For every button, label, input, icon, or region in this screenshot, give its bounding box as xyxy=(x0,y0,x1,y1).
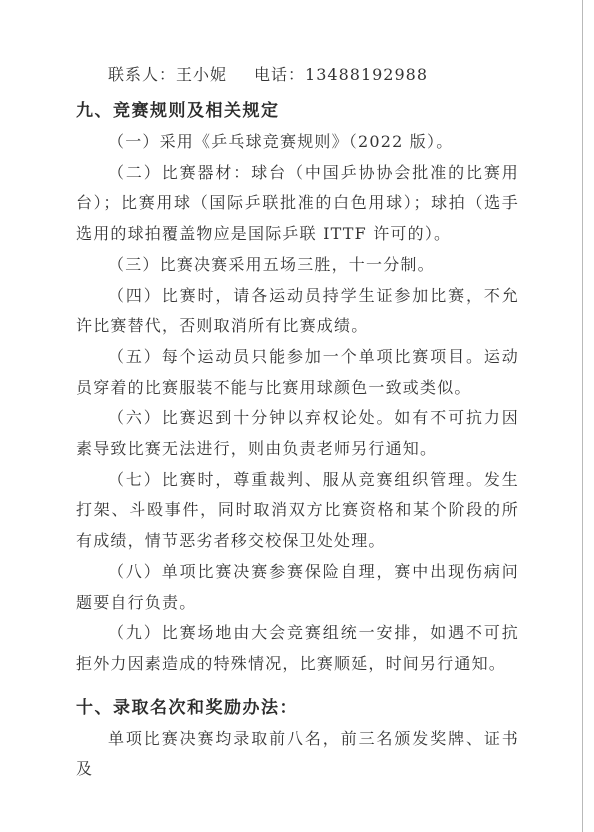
awards-paragraph-1: 单项比赛决赛均录取前八名，前三名颁发奖牌、证书及 xyxy=(76,724,519,785)
rule-paragraph-5: （五）每个运动员只能参加一个单项比赛项目。运动员穿着的比赛服装不能与比赛用球颜色… xyxy=(76,342,519,403)
rule-paragraph-9: （九）比赛场地由大会竞赛组统一安排，如遇不可抗拒外力因素造成的特殊情况，比赛顺延… xyxy=(76,618,519,679)
rule-paragraph-2: （二）比赛器材：球台（中国乒协协会批准的比赛用台）；比赛用球（国际乒联批准的白色… xyxy=(76,158,519,250)
document-page: 联系人：王小妮电话：13488192988 九、竞赛规则及相关规定 （一）采用《… xyxy=(0,0,594,832)
phone-label: 电话： xyxy=(254,65,305,84)
document-content: 联系人：王小妮电话：13488192988 九、竞赛规则及相关规定 （一）采用《… xyxy=(76,60,519,785)
rule-paragraph-3: （三）比赛决赛采用五场三胜，十一分制。 xyxy=(76,250,519,281)
rule-paragraph-1: （一）采用《乒乓球竞赛规则》（2022 版）。 xyxy=(76,127,519,158)
rule-paragraph-4: （四）比赛时，请各运动员持学生证参加比赛，不允许比赛替代，否则取消所有比赛成绩。 xyxy=(76,281,519,342)
rule-paragraph-6: （六）比赛迟到十分钟以弃权论处。如有不可抗力因素导致比赛无法进行，则由负责老师另… xyxy=(76,403,519,464)
section-heading-awards: 十、录取名次和奖励办法： xyxy=(76,694,519,722)
section-heading-rules: 九、竞赛规则及相关规定 xyxy=(76,97,519,125)
contact-line: 联系人：王小妮电话：13488192988 xyxy=(76,60,519,90)
rule-paragraph-8: （八）单项比赛决赛参赛保险自理，赛中出现伤病问题要自行负责。 xyxy=(76,557,519,618)
page-right-edge-line xyxy=(582,0,583,832)
phone-number: 13488192988 xyxy=(305,65,428,84)
contact-name: 王小妮 xyxy=(176,65,227,84)
contact-label: 联系人： xyxy=(108,65,176,84)
rule-paragraph-7: （七）比赛时，尊重裁判、服从竞赛组织管理。发生打架、斗殴事件，同时取消双方比赛资… xyxy=(76,465,519,557)
